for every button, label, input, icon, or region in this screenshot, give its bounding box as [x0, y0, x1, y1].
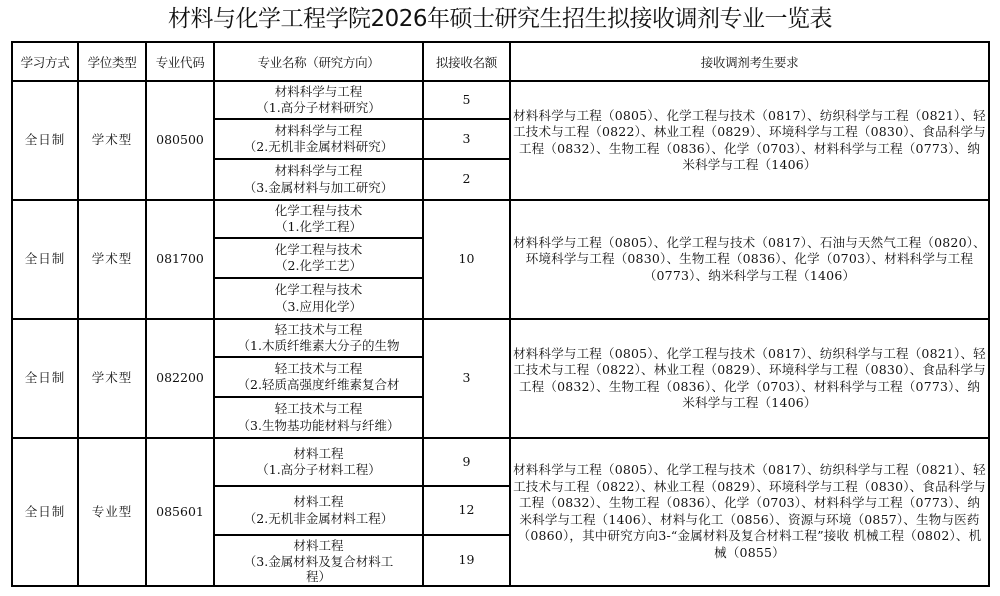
degree-type-cell: 学术型: [78, 81, 146, 200]
study-mode-cell: 全日制: [12, 81, 78, 200]
major-direction-cell: 轻工技术与工程 （1.木质纤维素大分子的生物: [214, 319, 423, 357]
degree-type-cell: 学术型: [78, 319, 146, 438]
header-requirements: 接收调剂考生要求: [510, 42, 989, 81]
major-direction-cell: 材料科学与工程 （1.高分子材料研究）: [214, 81, 423, 119]
major-direction-cell: 材料工程 （2.无机非金属材料工程）: [214, 486, 423, 535]
research-direction: （1.木质纤维素大分子的生物: [215, 338, 422, 355]
header-study-mode: 学习方式: [12, 42, 78, 81]
requirements-cell: 材料科学与工程（0805）、化学工程与技术（0817）、石油与天然气工程（082…: [510, 200, 989, 319]
header-quota: 拟接收名额: [423, 42, 510, 81]
study-mode-cell: 全日制: [12, 438, 78, 586]
major-name: 轻工技术与工程: [215, 322, 422, 339]
requirements-cell: 材料科学与工程（0805）、化学工程与技术（0817）、纺织科学与工程（0821…: [510, 319, 989, 438]
adjustment-majors-table: 学习方式 学位类型 专业代码 专业名称（研究方向） 拟接收名额 接收调剂考生要求…: [11, 41, 990, 587]
quota-cell: 19: [423, 535, 510, 586]
major-code-cell: 085601: [146, 438, 214, 586]
quota-cell: 3: [423, 119, 510, 159]
requirements-cell: 材料科学与工程（0805）、化学工程与技术（0817）、纺织科学与工程（0821…: [510, 81, 989, 200]
major-name: 材料工程: [215, 494, 422, 511]
major-code-cell: 080500: [146, 81, 214, 200]
major-code-cell: 081700: [146, 200, 214, 319]
major-direction-cell: 材料工程 （3.金属材料及复合材料工程）: [214, 535, 423, 586]
major-name: 材料科学与工程: [215, 163, 422, 180]
major-name: 材料工程: [215, 446, 422, 463]
quota-cell: 3: [423, 319, 510, 438]
research-direction: （2.无机非金属材料研究）: [215, 139, 422, 156]
major-name: 材料科学与工程: [215, 84, 422, 101]
degree-type-cell: 专业型: [78, 438, 146, 586]
page-title: 材料与化学工程学院2026年硕士研究生招生拟接收调剂专业一览表: [0, 2, 1000, 36]
research-direction: （3.应用化学）: [215, 299, 422, 316]
study-mode-cell: 全日制: [12, 319, 78, 438]
research-direction: （3.金属材料与加工研究）: [215, 180, 422, 197]
table-row: 全日制 专业型 085601 材料工程 （1.高分子材料工程） 9 材料科学与工…: [12, 438, 989, 486]
major-direction-cell: 化学工程与技术 （1.化学工程）: [214, 200, 423, 238]
major-name: 材料科学与工程: [215, 123, 422, 140]
table-row: 全日制 学术型 080500 材料科学与工程 （1.高分子材料研究） 5 材料科…: [12, 81, 989, 119]
research-direction: （2.化学工艺）: [215, 258, 422, 275]
major-name: 轻工技术与工程: [215, 401, 422, 418]
research-direction: （1.化学工程）: [215, 219, 422, 236]
quota-cell: 5: [423, 81, 510, 119]
major-direction-cell: 轻工技术与工程 （2.轻质高强度纤维素复合材: [214, 357, 423, 397]
header-major-name: 专业名称（研究方向）: [214, 42, 423, 81]
header-major-code: 专业代码: [146, 42, 214, 81]
major-direction-cell: 化学工程与技术 （2.化学工艺）: [214, 238, 423, 278]
major-name: 化学工程与技术: [215, 203, 422, 220]
research-direction: （1.高分子材料工程）: [215, 462, 422, 479]
quota-cell: 2: [423, 159, 510, 200]
table-row: 全日制 学术型 081700 化学工程与技术 （1.化学工程） 10 材料科学与…: [12, 200, 989, 238]
major-direction-cell: 材料科学与工程 （3.金属材料与加工研究）: [214, 159, 423, 200]
requirements-cell: 材料科学与工程（0805）、化学工程与技术（0817）、纺织科学与工程（0821…: [510, 438, 989, 586]
major-name: 轻工技术与工程: [215, 361, 422, 378]
research-direction: （2.无机非金属材料工程）: [215, 511, 422, 528]
research-direction: （3.生物基功能材料与纤维）: [215, 418, 422, 435]
major-code-cell: 082200: [146, 319, 214, 438]
major-name: 材料工程: [215, 538, 422, 554]
quota-cell: 10: [423, 200, 510, 319]
study-mode-cell: 全日制: [12, 200, 78, 319]
major-direction-cell: 轻工技术与工程 （3.生物基功能材料与纤维）: [214, 397, 423, 438]
major-direction-cell: 材料工程 （1.高分子材料工程）: [214, 438, 423, 486]
table-row: 全日制 学术型 082200 轻工技术与工程 （1.木质纤维素大分子的生物 3 …: [12, 319, 989, 357]
research-direction: （1.高分子材料研究）: [215, 100, 422, 117]
major-direction-cell: 材料科学与工程 （2.无机非金属材料研究）: [214, 119, 423, 159]
major-name: 化学工程与技术: [215, 282, 422, 299]
quota-cell: 12: [423, 486, 510, 535]
quota-cell: 9: [423, 438, 510, 486]
degree-type-cell: 学术型: [78, 200, 146, 319]
major-name: 化学工程与技术: [215, 242, 422, 259]
research-direction: （2.轻质高强度纤维素复合材: [215, 377, 422, 394]
major-direction-cell: 化学工程与技术 （3.应用化学）: [214, 278, 423, 319]
header-degree-type: 学位类型: [78, 42, 146, 81]
header-row: 学习方式 学位类型 专业代码 专业名称（研究方向） 拟接收名额 接收调剂考生要求: [12, 42, 989, 81]
research-direction: （3.金属材料及复合材料工程）: [215, 554, 422, 585]
